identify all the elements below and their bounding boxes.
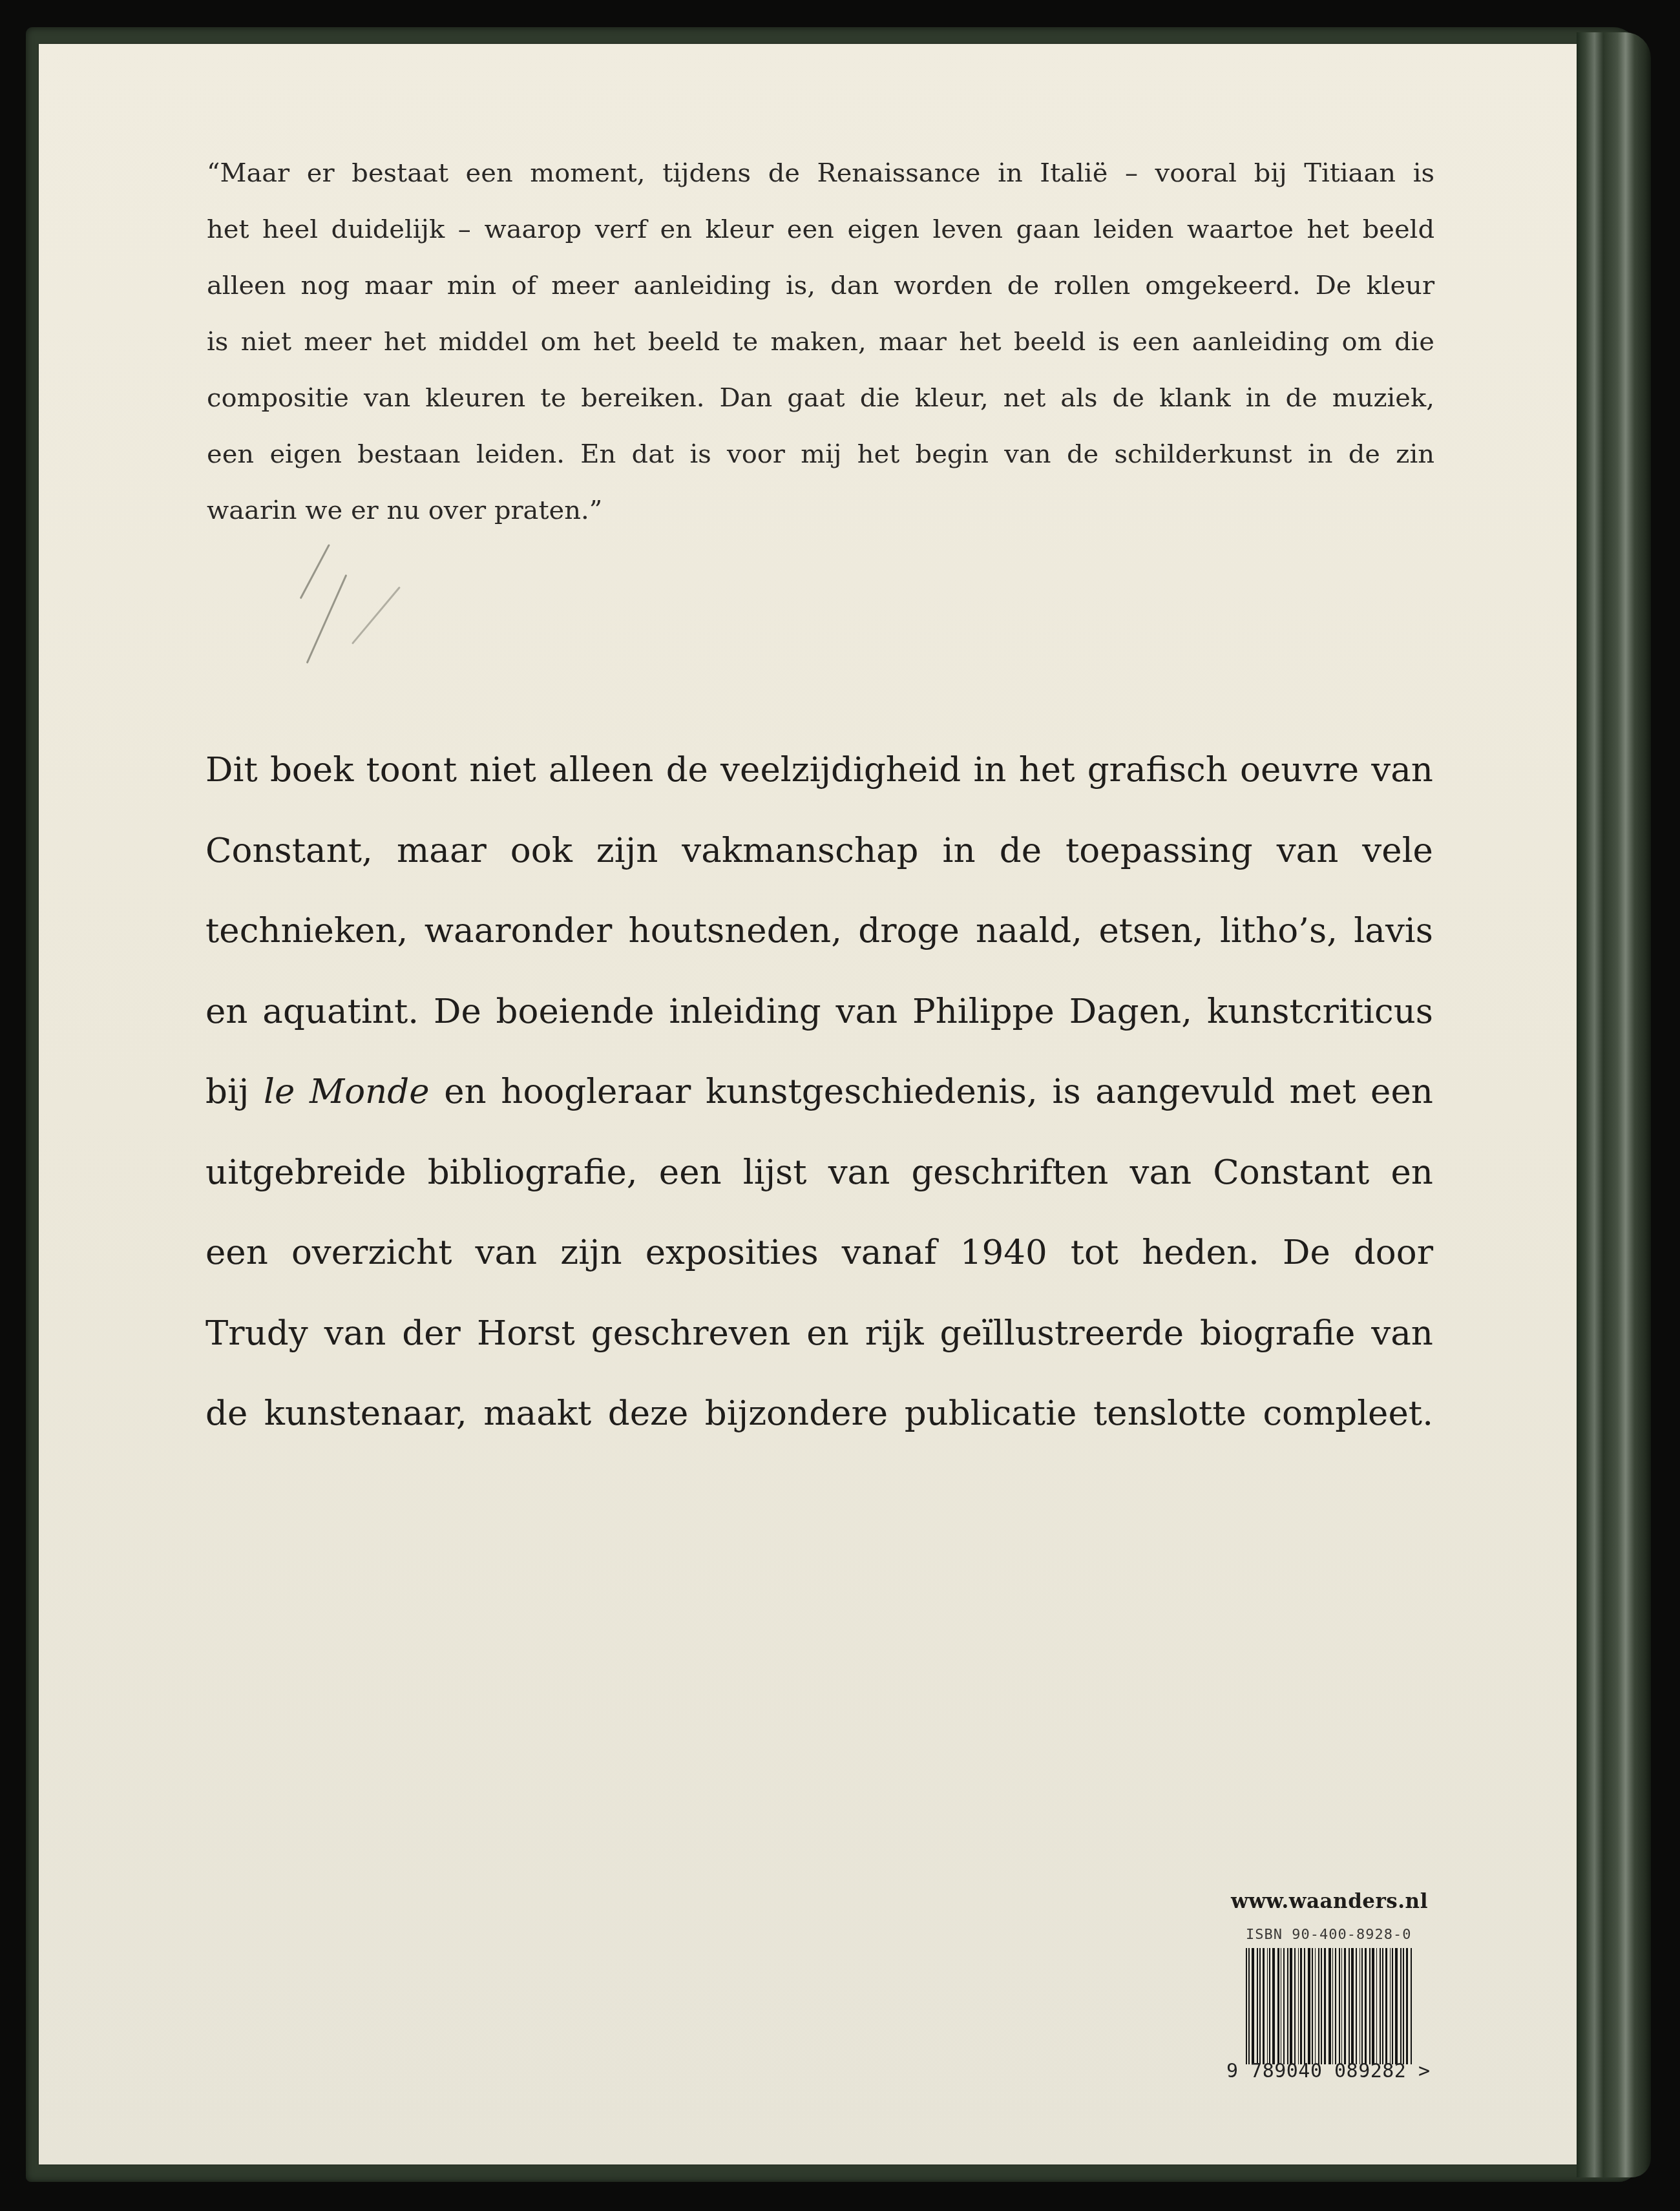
- quote-block: “Maar er bestaat een moment, tijdens de …: [207, 145, 1434, 539]
- barcode-icon: [1246, 1948, 1414, 2064]
- description-line: de kunstenaar, maakt deze bijzondere pub…: [205, 1374, 1433, 1454]
- quote-line: compositie van kleuren te bereiken. Dan …: [207, 370, 1434, 426]
- text: bij: [205, 1072, 264, 1111]
- quote-line: alleen nog maar min of meer aanleiding i…: [207, 258, 1434, 314]
- quote-line: een eigen bestaan leiden. En dat is voor…: [207, 426, 1434, 483]
- description-line: uitgebreide bibliografie, een lijst van …: [205, 1133, 1433, 1213]
- isbn-number: ISBN 90-400-8928-0: [1246, 1927, 1427, 1943]
- description-line: en aquatint. De boeiende inleiding van P…: [205, 972, 1433, 1053]
- quote-line: het heel duidelijk – waarop verf en kleu…: [207, 202, 1434, 258]
- newspaper-title: le Monde: [264, 1072, 430, 1111]
- quote-line: waarin we er nu over praten.”: [207, 483, 1434, 539]
- quote-line: “Maar er bestaat een moment, tijdens de …: [207, 145, 1434, 202]
- description-line: bij le Monde en hoogleraar kunstgeschied…: [205, 1052, 1433, 1133]
- description-line: Constant, maar ook zijn vakmanschap in d…: [205, 811, 1433, 892]
- publisher-website: www.waanders.nl: [1231, 1890, 1425, 1913]
- description-line: technieken, waaronder houtsneden, droge …: [205, 891, 1433, 972]
- text: en hoogleraar kunstgeschiedenis, is aang…: [430, 1072, 1433, 1111]
- quote-line: is niet meer het middel om het beeld te …: [207, 314, 1434, 370]
- description-line: Trudy van der Horst geschreven en rijk g…: [205, 1294, 1433, 1374]
- description-line: een overzicht van zijn exposities vanaf …: [205, 1213, 1433, 1294]
- ean-digits: 9 789040 089282 >: [1226, 2060, 1440, 2082]
- book-spine: [1577, 32, 1651, 2177]
- description-paragraph: Dit boek toont niet alleen de veelzijdig…: [205, 730, 1433, 1454]
- description-line: Dit boek toont niet alleen de veelzijdig…: [205, 730, 1433, 811]
